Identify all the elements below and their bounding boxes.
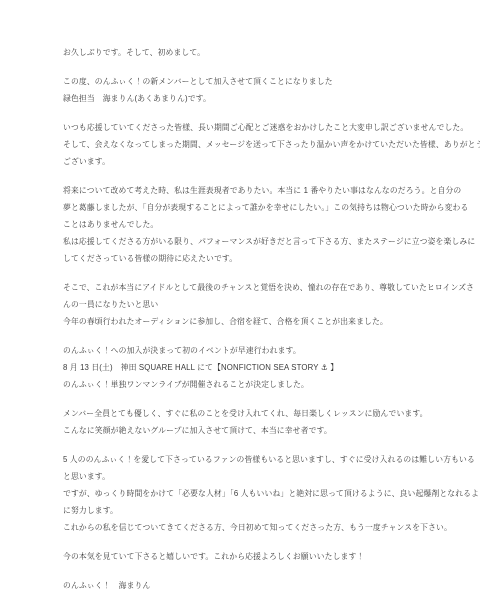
text-line: お久しぶりです。そして、初めまして。 xyxy=(63,44,430,61)
text-line: これからの私を信じてついてきてくださる方、今日初めて知ってくださった方、もう一度… xyxy=(63,519,430,536)
text-line: こんなに笑顔が絶えないグループに加入させて頂けて、本当に幸せ者です。 xyxy=(63,422,430,439)
text-line: メンバー全員とても優しく、すぐに私のことを受け入れてくれ、毎日楽しくレッスンに励… xyxy=(63,405,430,422)
text-line: ことはありませんでした。 xyxy=(63,216,430,233)
text-line: に努力します。 xyxy=(63,502,430,519)
paragraph-audition: そこで、これが本当にアイドルとして最後のチャンスと覚悟を決め、憧れの存在であり、… xyxy=(63,279,430,330)
text-line: んの一員になりたいと思い xyxy=(63,296,430,313)
text-line: 5 人ののんふぃく！を愛して下さっているファンの皆様もいると思いますし、すぐに受… xyxy=(63,451,430,468)
text-line: 今の本気を見ていて下さると嬉しいです。これから応援よろしくお願いいたします！ xyxy=(63,548,430,565)
document-page: お久しぶりです。そして、初めまして。 この度、のんふぃく！の新メンバーとして加入… xyxy=(0,0,480,600)
text-line: 今年の春頃行われたオーディションに参加し、合宿を経て、合格を頂くことが出来ました… xyxy=(63,313,430,330)
paragraph-members: メンバー全員とても優しく、すぐに私のことを受け入れてくれ、毎日楽しくレッスンに励… xyxy=(63,405,430,439)
paragraph-closing: 今の本気を見ていて下さると嬉しいです。これから応援よろしくお願いいたします！ xyxy=(63,548,430,565)
text-line: 夢と葛藤しましたが、「自分が表現することによって誰かを幸せにしたい。」この気持ち… xyxy=(63,199,430,216)
text-line: 将来について改めて考えた時、私は生涯表現者でありたい。本当に 1 番やりたい事は… xyxy=(63,182,430,199)
paragraph-greeting: お久しぶりです。そして、初めまして。 xyxy=(63,44,430,61)
text-line: してくださっている皆様の期待に応えたいです。 xyxy=(63,250,430,267)
signature: のんふぃく！ 海まりん xyxy=(63,577,430,594)
paragraph-aspiration: 将来について改めて考えた時、私は生涯表現者でありたい。本当に 1 番やりたい事は… xyxy=(63,182,430,267)
text-line: ですが、ゆっくり時間をかけて「必要な人材」「6 人もいいね」と絶対に思って頂ける… xyxy=(63,485,430,502)
text-line: のんふぃく！への加入が決まって初のイベントが早速行われます。 xyxy=(63,342,430,359)
paragraph-event-announcement: のんふぃく！への加入が決まって初のイベントが早速行われます。 8 月 13 日(… xyxy=(63,342,430,393)
text-line: この度、のんふぃく！の新メンバーとして加入させて頂くことになりました xyxy=(63,73,430,90)
text-line: 8 月 13 日(土) 神田 SQUARE HALL にて【NONFICTION… xyxy=(63,359,430,376)
text-line: と思います。 xyxy=(63,468,430,485)
text-line: そこで、これが本当にアイドルとして最後のチャンスと覚悟を決め、憧れの存在であり、… xyxy=(63,279,430,296)
text-line: 私は応援してくださる方がいる限り、パフォーマンスが好きだと言って下さる方、またス… xyxy=(63,233,430,250)
text-line: のんふぃく！単独ワンマンライブが開催されることが決定しました。 xyxy=(63,376,430,393)
paragraph-apology: いつも応援していてくださった皆様、長い期間ご心配とご迷惑をおかけしたこと大変申し… xyxy=(63,119,430,170)
text-line: いつも応援していてくださった皆様、長い期間ご心配とご迷惑をおかけしたこと大変申し… xyxy=(63,119,430,136)
paragraph-introduction: この度、のんふぃく！の新メンバーとして加入させて頂くことになりました 緑色担当 … xyxy=(63,73,430,107)
signature-line: のんふぃく！ 海まりん xyxy=(63,577,430,594)
text-line: そして、会えなくなってしまった期間、メッセージを送って下さったり温かい声をかけて… xyxy=(63,136,430,153)
text-line: ございます。 xyxy=(63,153,430,170)
text-line: 緑色担当 海まりん(あくあまりん)です。 xyxy=(63,90,430,107)
paragraph-fans: 5 人ののんふぃく！を愛して下さっているファンの皆様もいると思いますし、すぐに受… xyxy=(63,451,430,536)
